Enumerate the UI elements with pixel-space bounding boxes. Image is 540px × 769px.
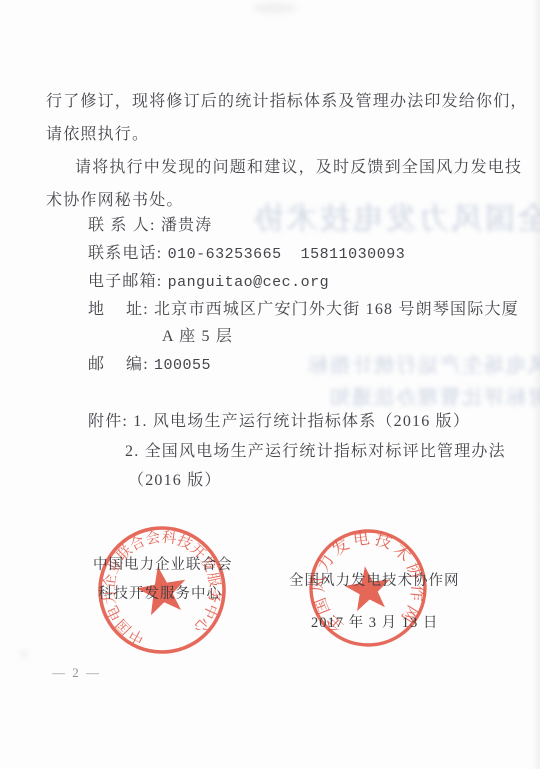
attachments-label: 附件:: [88, 413, 133, 430]
body-line: 行了修订，现将修订后的统计指标体系及管理办法印发给你们，: [46, 88, 528, 111]
contact-postal-row: 邮 编: 100055: [88, 351, 211, 374]
signature-date: 2017 年 3 月 13 日: [311, 611, 438, 632]
contact-person-row: 联 系 人: 潘贵涛: [88, 212, 212, 235]
contact-address-row: 地 址: 北京市西城区广安门外大街 168 号朗琴国际大厦: [88, 296, 519, 319]
body-line: 请将执行中发现的问题和建议，及时反馈到全国风力发电技: [75, 154, 522, 177]
page-number: — 2 —: [52, 665, 101, 681]
contact-address-line2: A 座 5 层: [162, 323, 233, 346]
scan-smudge: [20, 650, 28, 658]
bleed-through-text: 风电场生产运行统计指标: [288, 349, 540, 378]
contact-phone-value: 010-63253665 15811030093: [168, 246, 406, 263]
contact-postal-value: 100055: [154, 357, 211, 374]
scan-smudge: [253, 2, 297, 14]
contact-postal-label: 邮 编:: [88, 356, 154, 373]
contact-phone-label: 联系电话:: [88, 245, 168, 262]
contact-phone-row: 联系电话: 010-63253665 15811030093: [88, 240, 405, 263]
body-line: 术协作网秘书处。: [46, 187, 184, 210]
contact-email-value: panguitao@cec.org: [168, 274, 330, 291]
right-signer-org: 全国风力发电技术协作网: [289, 569, 460, 590]
body-line: 请依照执行。: [46, 121, 149, 144]
contact-person-value: 潘贵涛: [161, 217, 213, 234]
attachment-item-2-cont: （2016 版）: [128, 467, 222, 490]
contact-email-label: 电子邮箱:: [88, 273, 168, 290]
attachment-item-2: 2. 全国风电场生产运行统计指标对标评比管理办法: [125, 438, 506, 461]
left-signer-org-line2: 科技开发服务中心: [98, 582, 222, 603]
bleed-through-text: 全国风力发电技术协: [248, 194, 540, 238]
attachment-row-1: 附件: 1. 风电场生产运行统计指标体系（2016 版）: [88, 408, 470, 431]
attachment-item-1: 1. 风电场生产运行统计指标体系（2016 版）: [133, 413, 470, 430]
contact-address-value: 北京市西城区广安门外大街 168 号朗琴国际大厦: [154, 301, 519, 318]
contact-person-label: 联 系 人:: [88, 217, 161, 234]
contact-address-label: 地 址:: [88, 301, 154, 318]
contact-email-row: 电子邮箱: panguitao@cec.org: [88, 268, 329, 291]
left-signer-org-line1: 中国电力企业联合会: [93, 553, 233, 574]
bleed-through-text: 对标评比管理办法通知: [300, 381, 540, 410]
scanned-document-page: 全国风力发电技术协 风电场生产运行统计指标 对标评比管理办法通知 行了修订，现将…: [0, 0, 540, 769]
